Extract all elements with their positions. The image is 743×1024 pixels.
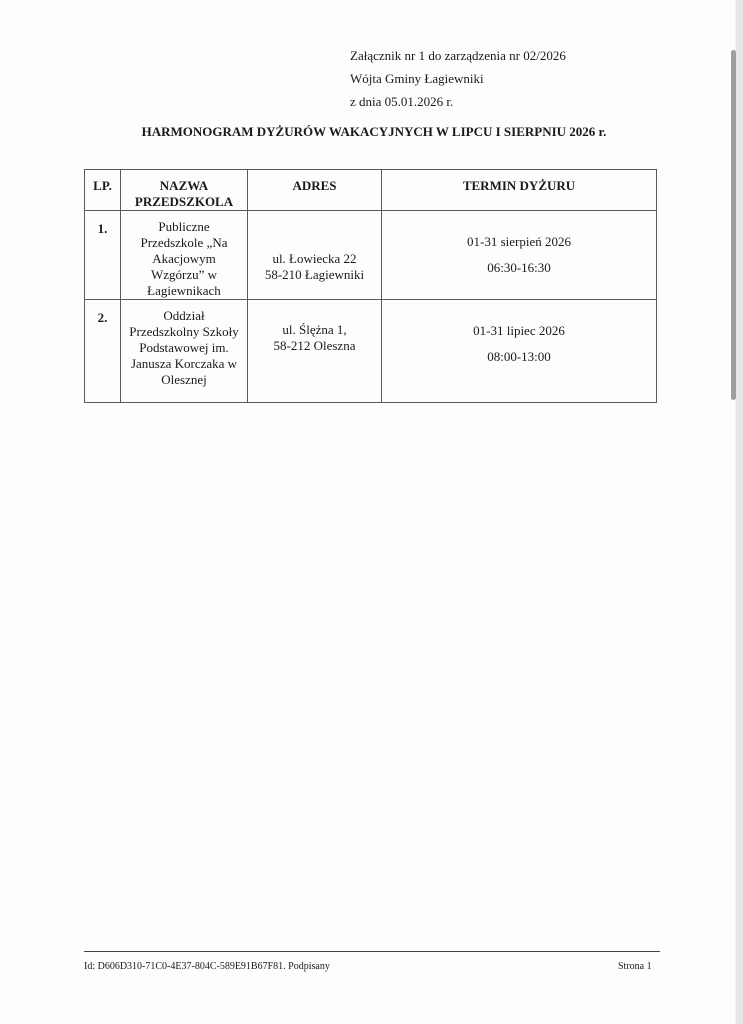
kindergarten-name: Publiczne Przedszkole „Na Akacjowym Wzgó… (121, 219, 247, 299)
column-header-name: NAZWA PRZEDSZKOLA (121, 170, 248, 211)
table-row: 2. Oddział Przedszkolny Szkoły Podstawow… (85, 300, 657, 403)
scrollbar-track[interactable] (735, 0, 743, 1024)
attachment-header: Załącznik nr 1 do zarządzenia nr 02/2026… (350, 44, 566, 113)
column-header-address: ADRES (248, 170, 382, 211)
address-city: 58-212 Oleszna (274, 338, 356, 353)
row-number: 2. (85, 300, 121, 403)
table-row: 1. Publiczne Przedszkole „Na Akacjowym W… (85, 211, 657, 300)
attachment-line-1: Załącznik nr 1 do zarządzenia nr 02/2026 (350, 44, 566, 67)
footer-divider (84, 951, 660, 952)
term-date: 01-31 sierpień 2026 (382, 211, 656, 250)
kindergarten-name: Oddział Przedszkolny Szkoły Podstawowej … (121, 308, 247, 388)
term-date: 01-31 lipiec 2026 (382, 300, 656, 339)
term-hours: 08:00-13:00 (382, 339, 656, 365)
attachment-line-2: Wójta Gminy Łagiewniki (350, 67, 566, 90)
kindergarten-name-cell: Publiczne Przedszkole „Na Akacjowym Wzgó… (121, 211, 248, 300)
column-header-term: TERMIN DYŻURU (382, 170, 657, 211)
column-header-name-line1: NAZWA (160, 178, 208, 193)
kindergarten-name-cell: Oddział Przedszkolny Szkoły Podstawowej … (121, 300, 248, 403)
term-hours: 06:30-16:30 (382, 250, 656, 276)
term-cell: 01-31 lipiec 2026 08:00-13:00 (382, 300, 657, 403)
attachment-line-3: z dnia 05.01.2026 r. (350, 90, 566, 113)
table-header-row: LP. NAZWA PRZEDSZKOLA ADRES TERMIN DYŻUR… (85, 170, 657, 211)
address-street: ul. Łowiecka 22 (272, 251, 356, 266)
scrollbar-thumb[interactable] (731, 50, 736, 400)
column-header-name-line2: PRZEDSZKOLA (135, 194, 233, 209)
row-number: 1. (85, 211, 121, 300)
address-street: ul. Ślężna 1, (282, 322, 346, 337)
page-number: Strona 1 (618, 961, 652, 972)
document-title: HARMONOGRAM DYŻURÓW WAKACYJNYCH W LIPCU … (0, 124, 736, 140)
column-header-lp: LP. (85, 170, 121, 211)
document-page: Załącznik nr 1 do zarządzenia nr 02/2026… (0, 0, 736, 1024)
schedule-table: LP. NAZWA PRZEDSZKOLA ADRES TERMIN DYŻUR… (84, 169, 657, 403)
document-id-signed: Id: D606D310-71C0-4E37-804C-589E91B67F81… (84, 961, 330, 972)
address-city: 58-210 Łagiewniki (265, 267, 364, 282)
term-cell: 01-31 sierpień 2026 06:30-16:30 (382, 211, 657, 300)
address-cell: ul. Ślężna 1, 58-212 Oleszna (248, 300, 382, 403)
address-cell: ul. Łowiecka 22 58-210 Łagiewniki (248, 211, 382, 300)
